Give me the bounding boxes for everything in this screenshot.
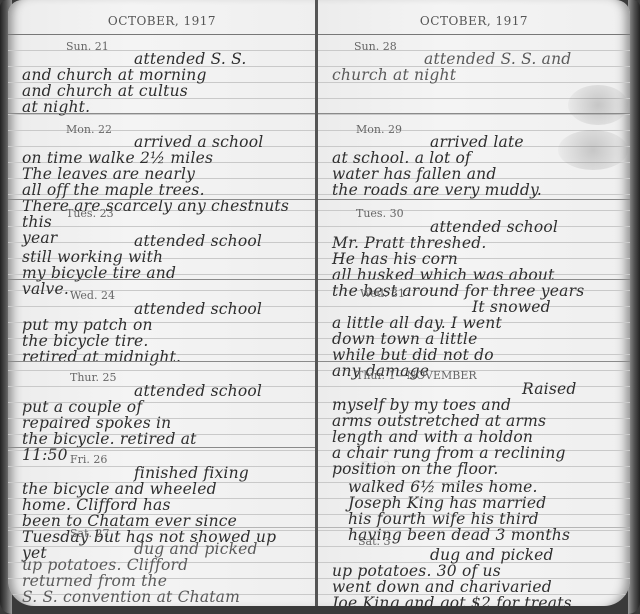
diary-entry: Tues. 30 attended schoolMr. Pratt thresh…: [318, 199, 630, 279]
diary-entry: Tues. 23 attended schoolstill working wi…: [8, 199, 316, 279]
entry-text: dug and pickedup potatoes. 30 of us went…: [332, 531, 620, 606]
diary-spread: OCTOBER, 1917 Sun. 21 attended S. S.and …: [0, 0, 640, 614]
diary-entry: Sat. 3 dug and pickedup potatoes. 30 of …: [318, 527, 630, 606]
day-divider: [8, 279, 316, 280]
entry-text: attended S. S. andchurch at night: [332, 35, 620, 83]
day-divider: [318, 279, 630, 280]
diary-entry: Fri. 26 finished fixingthe bicycle and w…: [8, 447, 316, 527]
diary-entry: Mon. 29 arrived lateat school. a lot of …: [318, 113, 630, 199]
month-header: OCTOBER, 1917: [8, 14, 316, 28]
diary-entry: Thur. 25 attended schoolput a couple of …: [8, 361, 316, 447]
diary-entry: Mon. 22 arrived a schoolon time walke 2½…: [8, 113, 316, 199]
day-divider: [318, 527, 630, 528]
right-page: OCTOBER, 1917 Sun. 28 attended S. S. and…: [318, 0, 630, 606]
day-divider: [8, 113, 316, 114]
day-divider: [318, 113, 630, 114]
diary-entry: Fri. 2 walked 6½ miles home. Joseph King…: [318, 461, 630, 527]
entry-text: dug and pickedup potatoes. Clifford retu…: [22, 525, 306, 605]
month-header: OCTOBER, 1917: [318, 14, 630, 28]
day-divider: [8, 447, 316, 448]
entry-text: arrived lateat school. a lot of water ha…: [332, 118, 620, 198]
left-page: OCTOBER, 1917 Sun. 21 attended S. S.and …: [8, 0, 316, 606]
diary-entry: Sat. 27 dug and pickedup potatoes. Cliff…: [8, 527, 316, 606]
day-divider: [8, 361, 316, 362]
diary-entry: Sun. 28 attended S. S. andchurch at nigh…: [318, 35, 630, 113]
diary-entry: Thur. 1—NOVEMBER Raisedmyself by my toes…: [318, 361, 630, 447]
day-divider: [318, 361, 630, 362]
diary-entry: Sun. 21 attended S. S.and church at morn…: [8, 35, 316, 113]
diary-entry: Wed. 24 attended schoolput my patch on t…: [8, 279, 316, 361]
day-divider: [318, 199, 630, 200]
entry-text: attended schoolput my patch on the bicyc…: [22, 285, 306, 365]
diary-entry: Wed. 31 It snoweda little all day. I wen…: [318, 279, 630, 361]
day-divider: [8, 199, 316, 200]
entry-text: attended S. S.and church at morning and …: [22, 35, 306, 115]
